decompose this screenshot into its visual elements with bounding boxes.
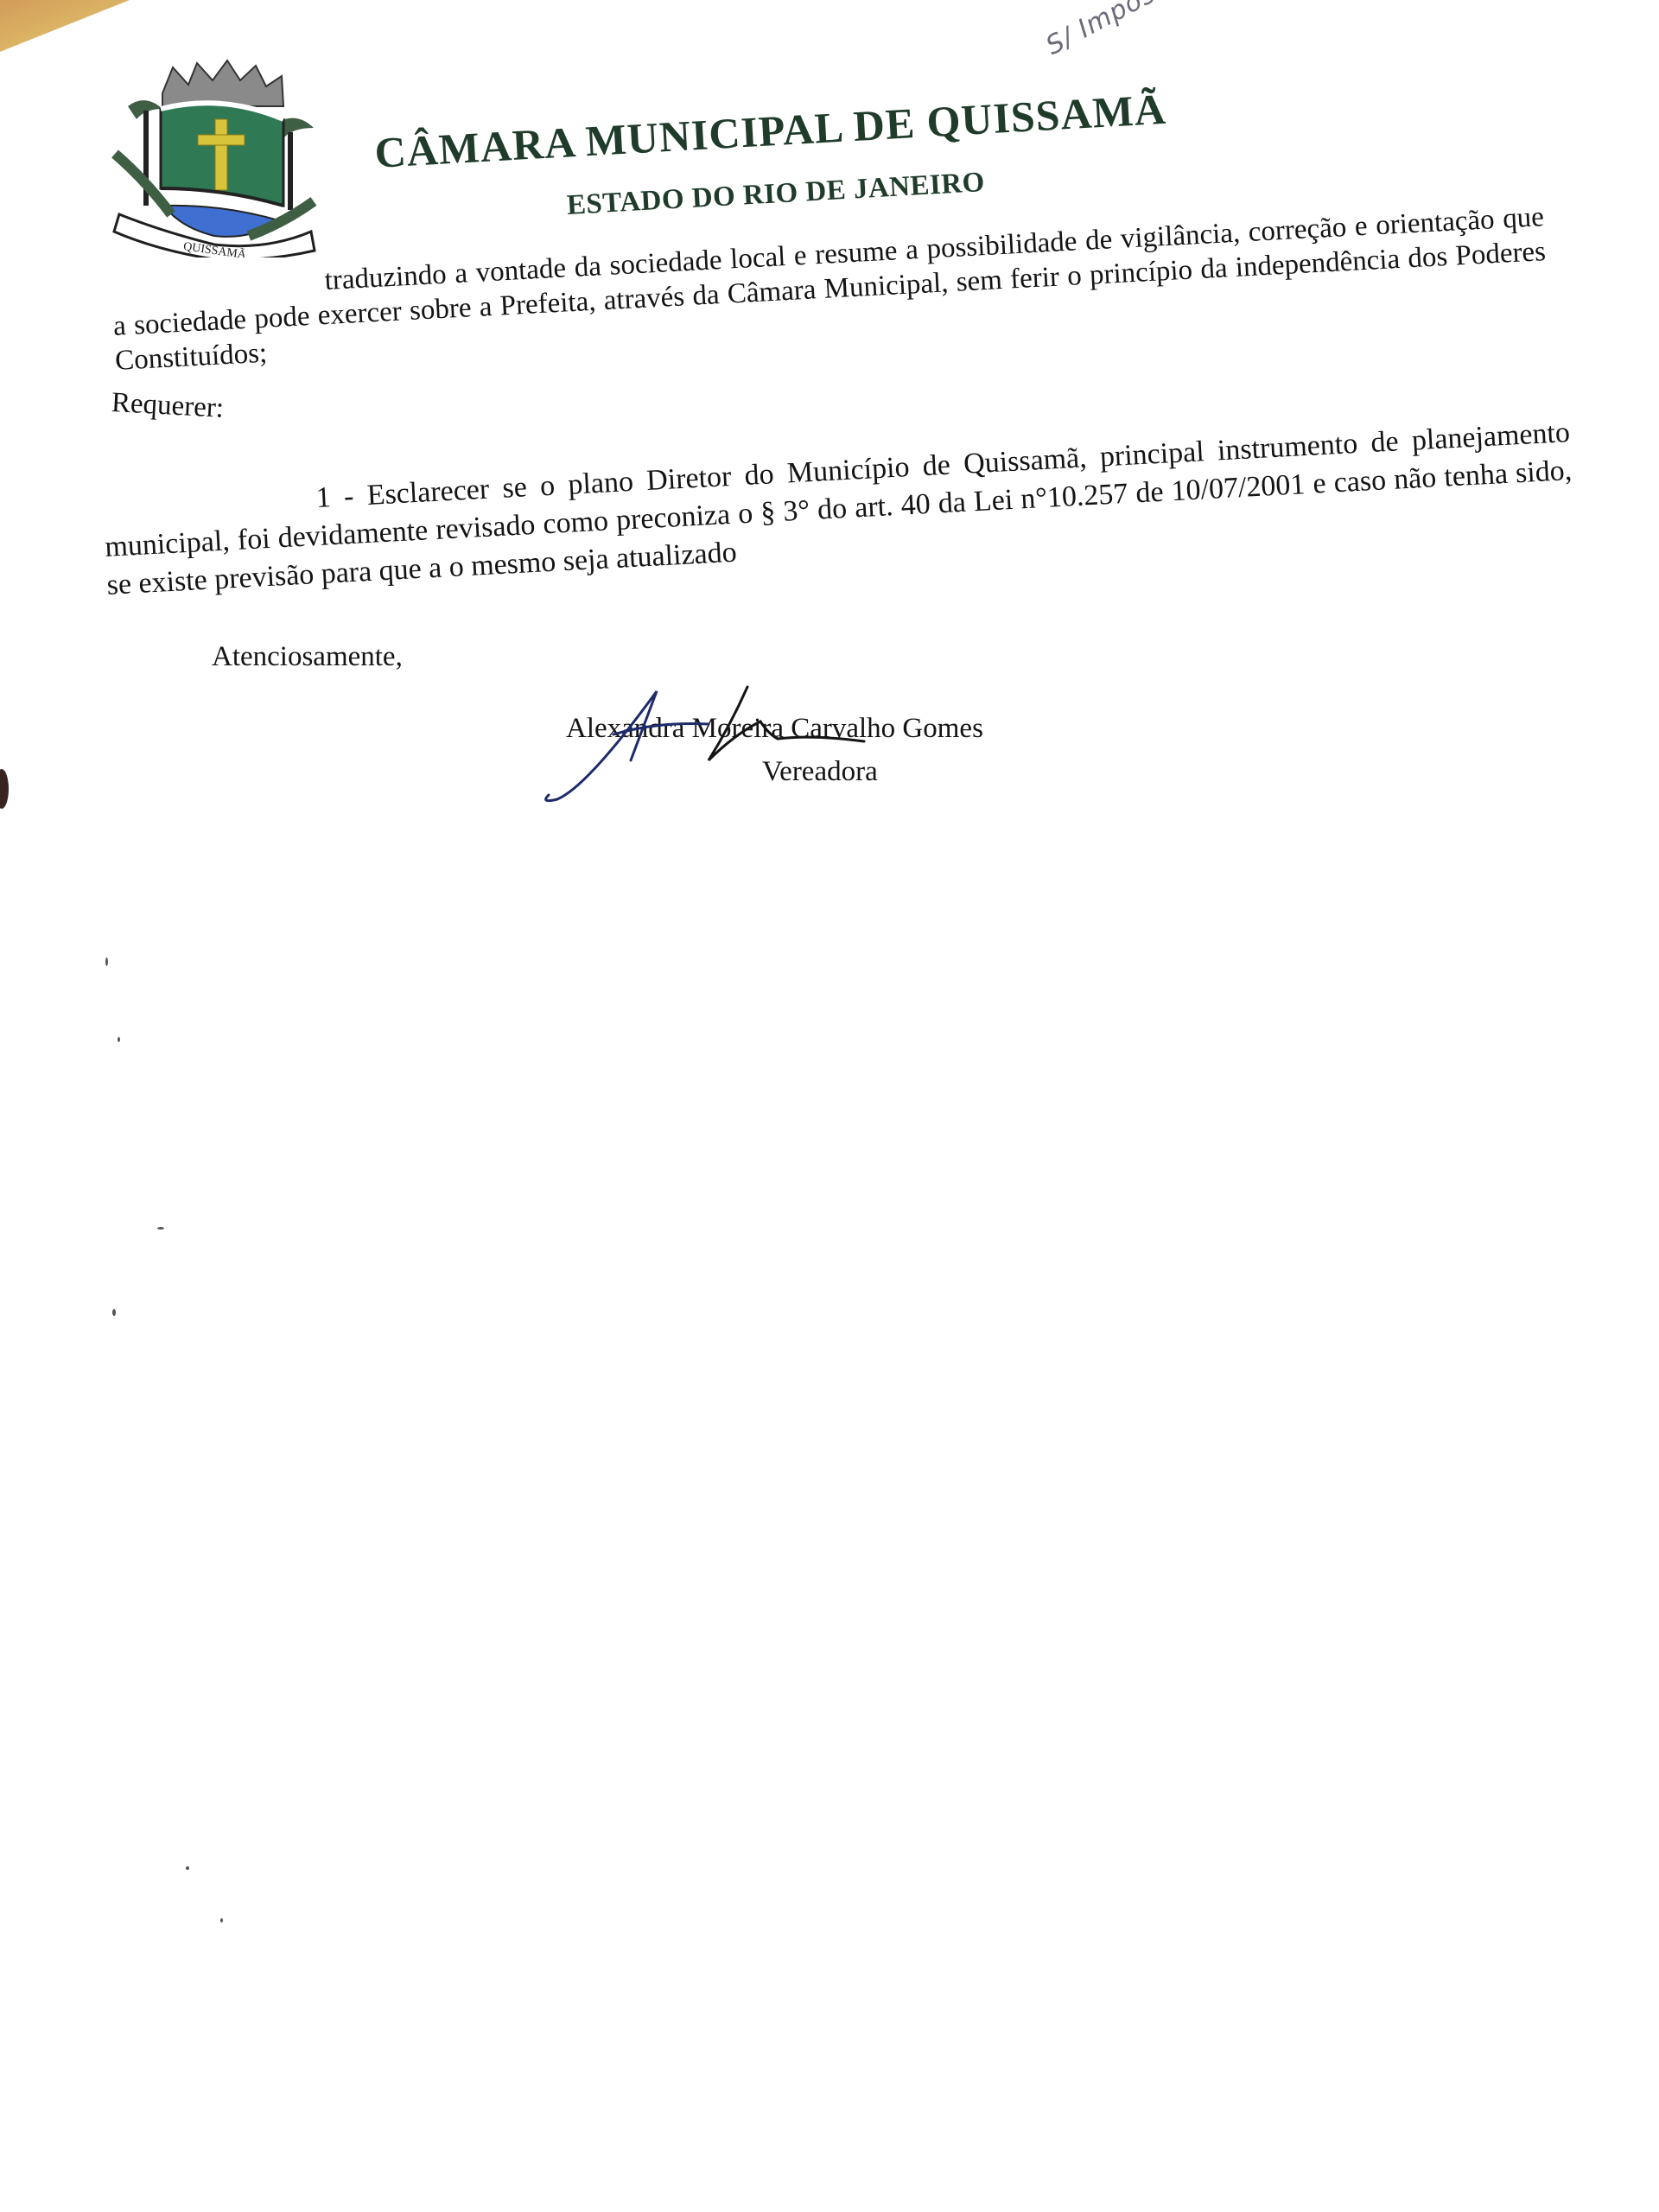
request-item: 1 - Esclarecer se o plano Diretor do Mun… [102, 414, 1575, 605]
request-item-text: 1 - Esclarecer se o plano Diretor do Mun… [102, 414, 1575, 605]
handwritten-annotation: S/ Impostá [1041, 0, 1185, 61]
page-edge-blot [0, 769, 9, 809]
scan-speck [186, 1866, 189, 1870]
page-corner-stain [0, 0, 130, 52]
scan-speck [112, 1309, 116, 1316]
scan-speck [157, 1227, 164, 1230]
body-paragraph: traduzindo a vontade da sociedade local … [111, 200, 1548, 378]
page-title: CÂMARA MUNICIPAL DE QUISSAMÃ [373, 84, 1167, 178]
page-subtitle: ESTADO DO RIO DE JANEIRO [566, 167, 986, 222]
scan-speck [220, 1918, 223, 1923]
request-heading: Requerer: [111, 387, 225, 425]
scan-speck [105, 957, 108, 966]
paragraph-text: traduzindo a vontade da sociedade local … [111, 200, 1548, 378]
handwritten-signature-icon [536, 674, 985, 812]
scan-speck [118, 1037, 120, 1042]
municipal-coat-of-arms-icon: QUISSAMÃ [111, 59, 318, 257]
closing-salutation: Atenciosamente, [212, 641, 403, 673]
